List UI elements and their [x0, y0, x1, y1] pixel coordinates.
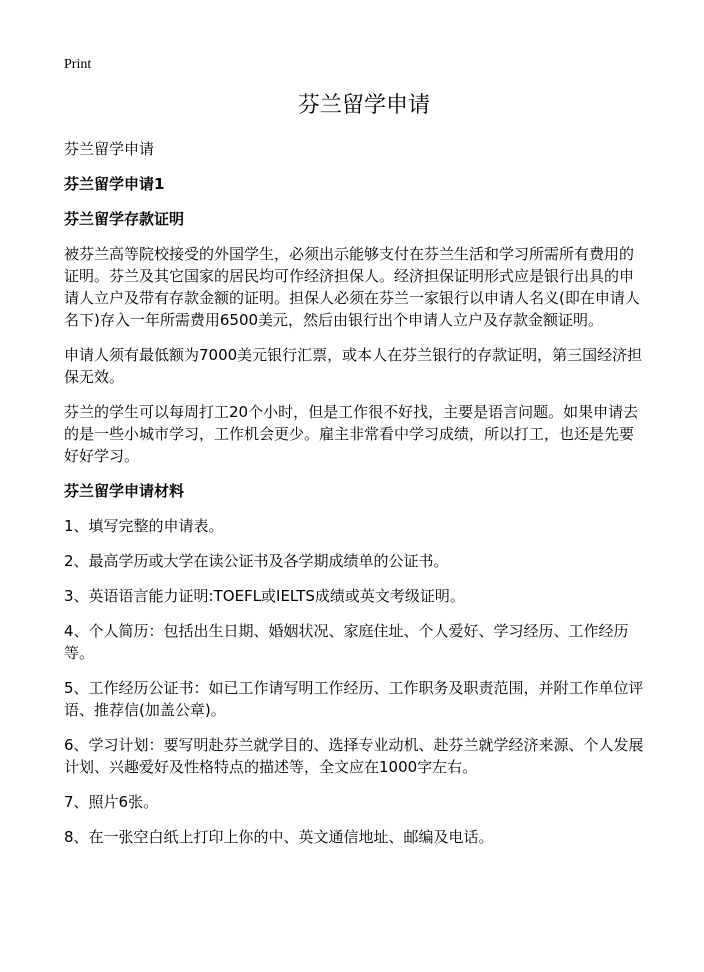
materials-list-item: 7、照片6张。 [64, 791, 644, 813]
paragraph: 被芬兰高等院校接受的外国学生，必须出示能够支付在芬兰生活和学习所需所有费用的证明… [64, 243, 644, 331]
section-heading: 芬兰留学申请1 [64, 173, 644, 195]
deposit-proof-heading: 芬兰留学存款证明 [64, 208, 644, 230]
document-body: 芬兰留学申请 芬兰留学申请1 芬兰留学存款证明 被芬兰高等院校接受的外国学生，必… [64, 138, 644, 861]
materials-list-item: 2、最高学历或大学在读公证书及各学期成绩单的公证书。 [64, 550, 644, 572]
materials-list-item: 3、英语语言能力证明:TOEFL或IELTS成绩或英文考级证明。 [64, 585, 644, 607]
print-link[interactable]: Print [64, 56, 91, 74]
materials-list-item: 4、个人简历：包括出生日期、婚姻状况、家庭住址、个人爱好、学习经历、工作经历等。 [64, 620, 644, 664]
materials-list-item: 1、填写完整的申请表。 [64, 515, 644, 537]
materials-list-item: 8、在一张空白纸上打印上你的中、英文通信地址、邮编及电话。 [64, 826, 644, 848]
paragraph: 申请人须有最低额为7000美元银行汇票，或本人在芬兰银行的存款证明，第三国经济担… [64, 344, 644, 388]
paragraph: 芬兰的学生可以每周打工20个小时，但是工作很不好找，主要是语言问题。如果申请去的… [64, 401, 644, 467]
materials-list-item: 6、学习计划：要写明赴芬兰就学目的、选择专业动机、赴芬兰就学经济来源、个人发展计… [64, 734, 644, 778]
document-title: 芬兰留学申请 [0, 90, 704, 122]
materials-list-item: 5、工作经历公证书：如已工作请写明工作经历、工作职务及职责范围，并附工作单位评语… [64, 677, 644, 721]
document-subtitle: 芬兰留学申请 [64, 138, 644, 160]
materials-heading: 芬兰留学申请材料 [64, 480, 644, 502]
